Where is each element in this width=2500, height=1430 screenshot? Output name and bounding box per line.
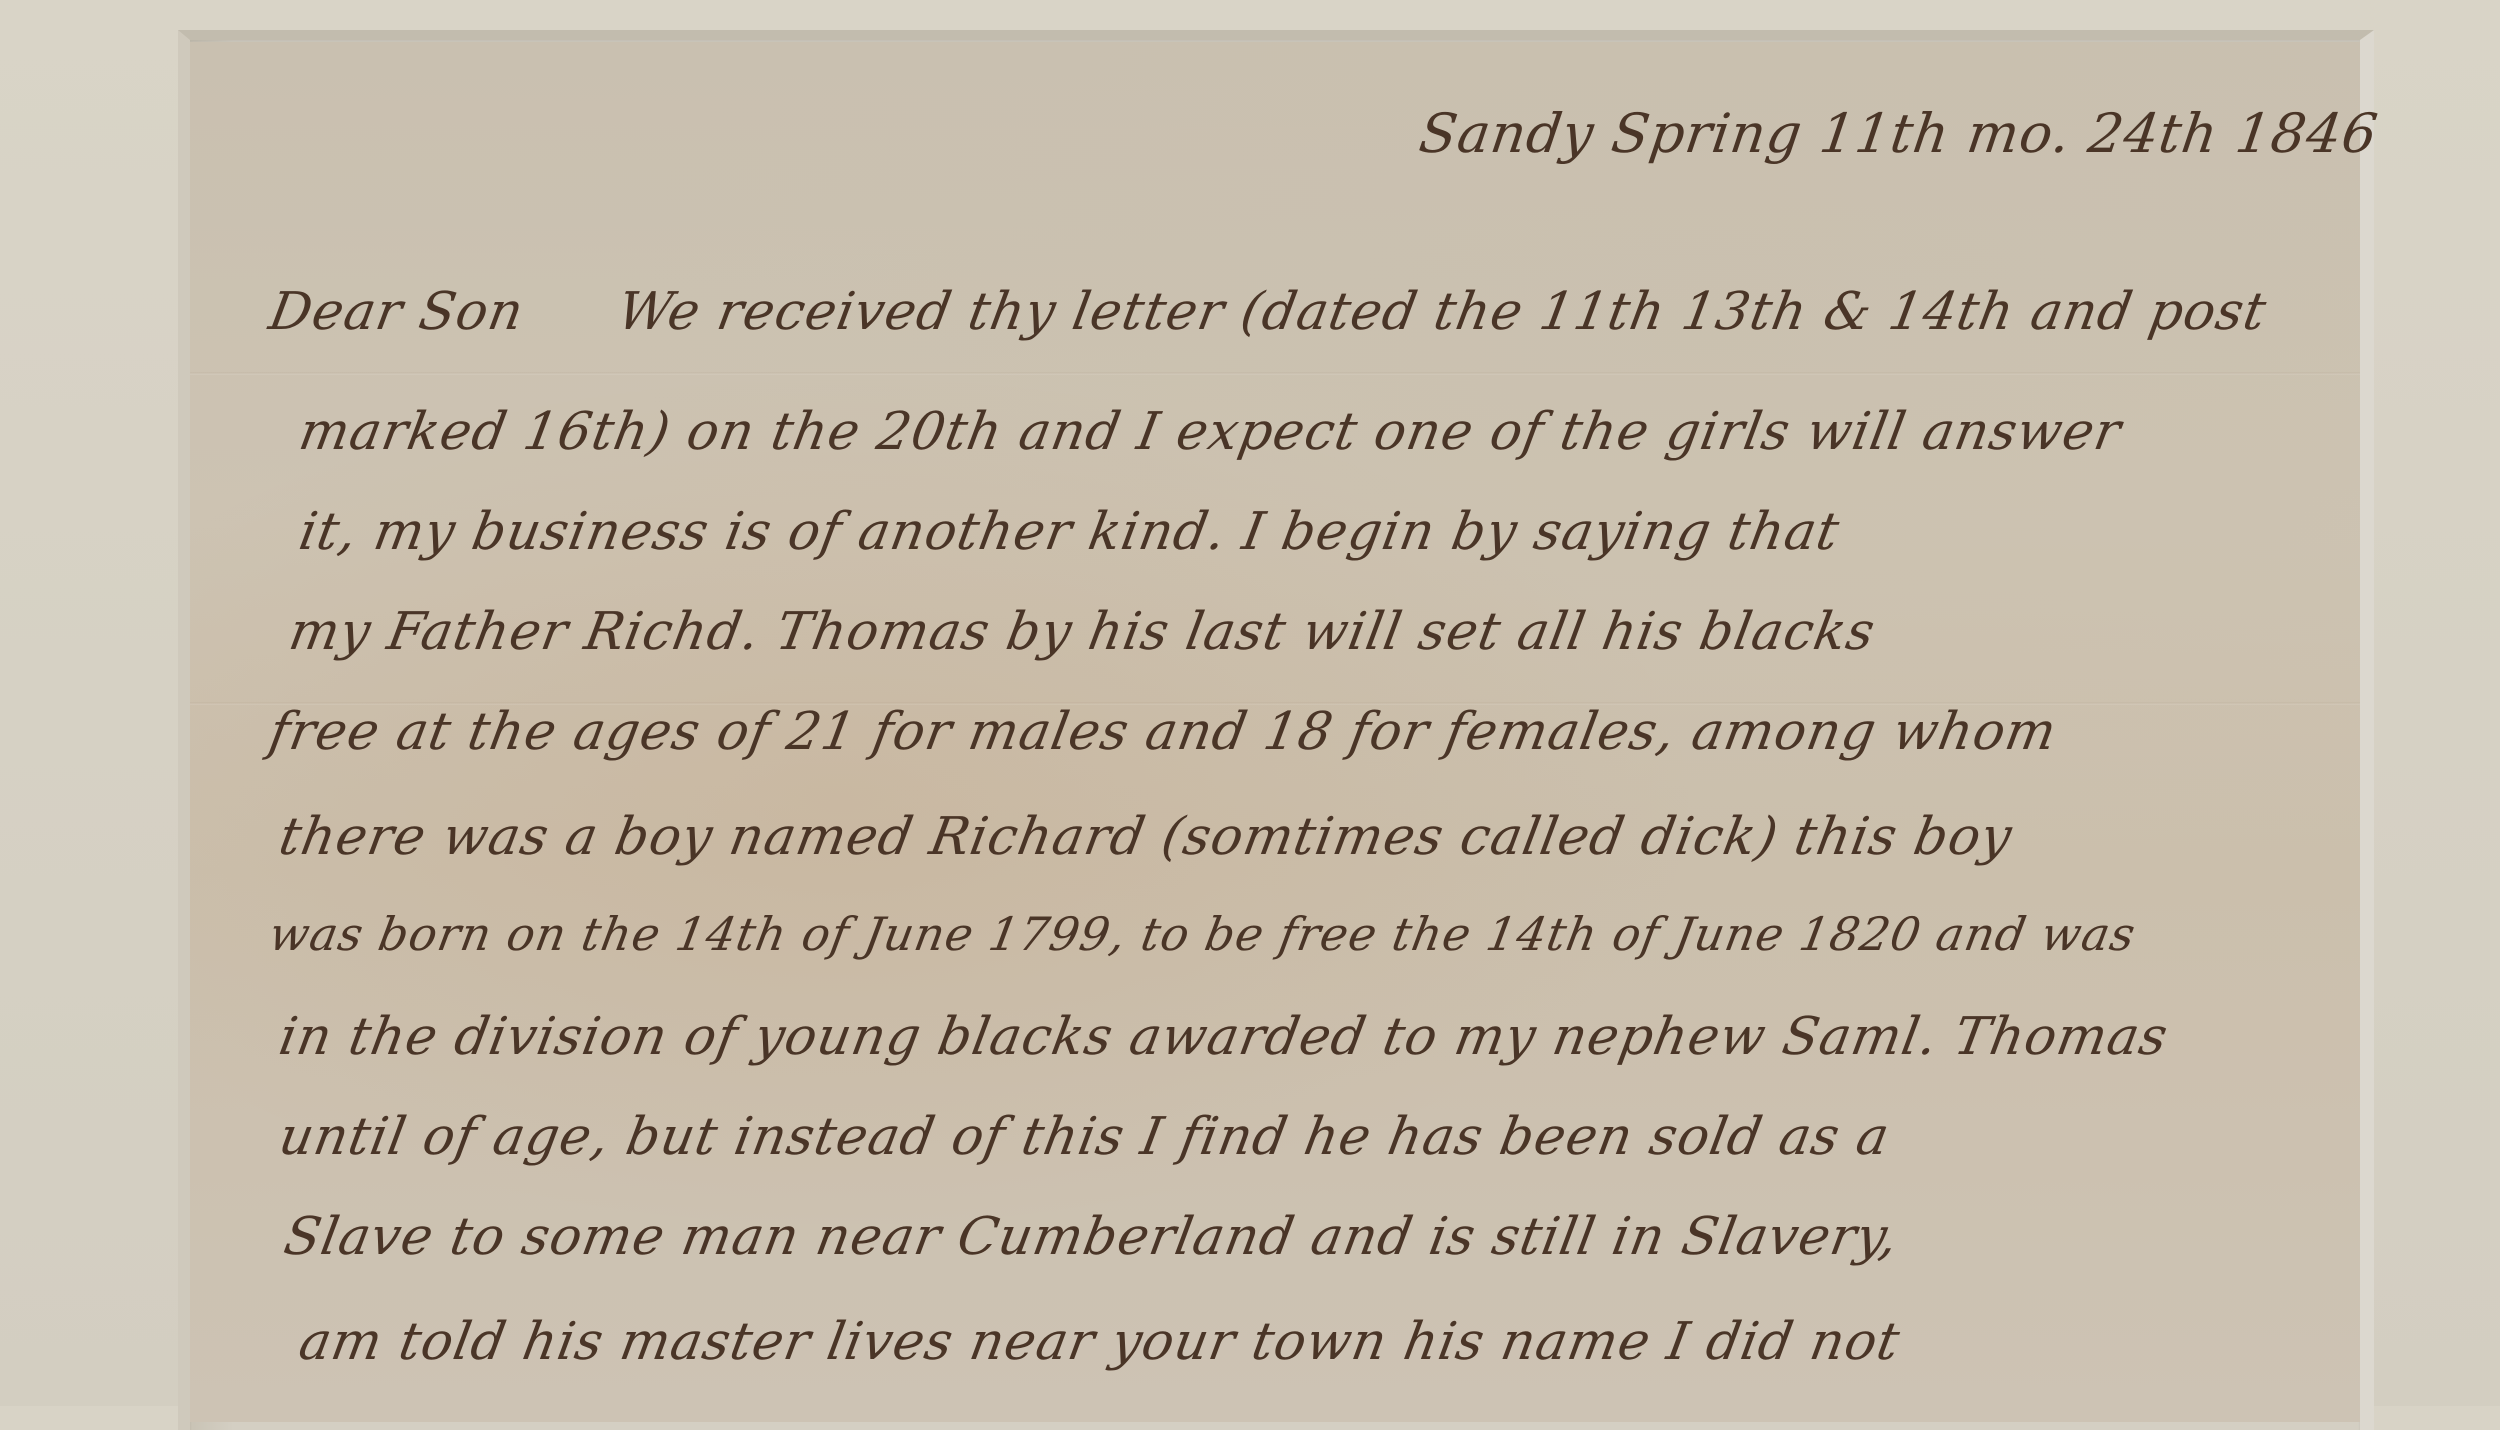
letter-line: marked 16th) on the 20th and I expect on… <box>295 402 2126 462</box>
salutation: Dear Son <box>265 282 529 342</box>
letter-paper: Sandy Spring 11th mo. 24th 1846 Dear Son… <box>190 42 2360 1406</box>
paper-fold-line <box>190 372 2360 375</box>
letter-line: free at the ages of 21 for males and 18 … <box>265 702 2062 762</box>
letter-line: there was a boy named Richard (somtimes … <box>275 807 2017 867</box>
letter-line: until of age, but instead of this I find… <box>275 1107 1895 1167</box>
letter-line: was born on the 14th of June 1799, to be… <box>265 907 2140 961</box>
letter-line: We received thy letter (dated the 11th 1… <box>613 282 2271 342</box>
line-1: Dear Son We received thy letter (dated t… <box>265 282 2272 342</box>
letter-line: my Father Richd. Thomas by his last will… <box>285 602 1880 662</box>
letter-line: it, my business is of another kind. I be… <box>295 502 1844 562</box>
letter-line: in the division of young blacks awarded … <box>275 1007 2173 1067</box>
letter-line: am told his master lives near your town … <box>295 1312 1905 1372</box>
dateline: Sandy Spring 11th mo. 24th 1846 <box>1416 102 2382 165</box>
letter-line: Slave to some man near Cumberland and is… <box>280 1207 1903 1267</box>
